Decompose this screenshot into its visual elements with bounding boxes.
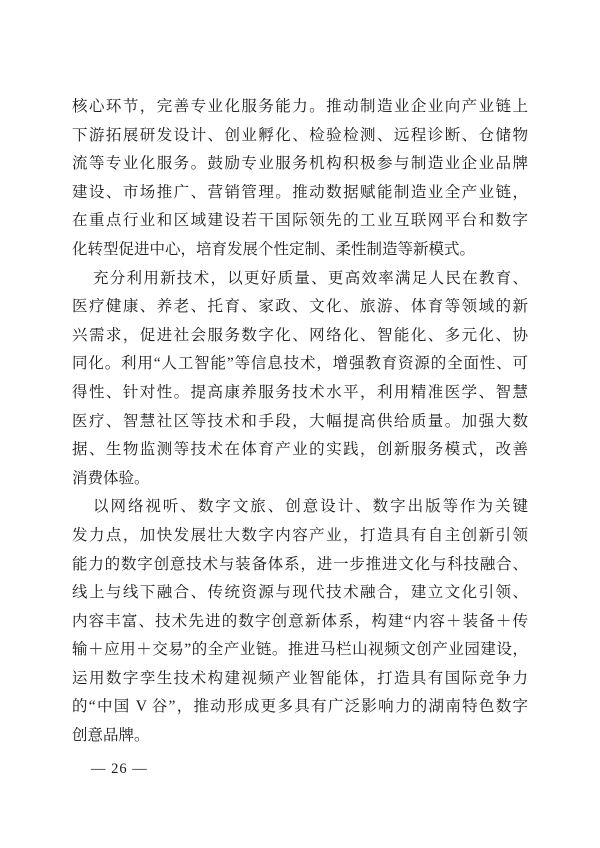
text-line: 化转型促进中心，培育发展个性定制、柔性制造等新模式。 bbox=[72, 236, 528, 265]
document-page: 核心环节，完善专业化服务能力。推动制造业企业向产业链上下游拓展研发设计、创业孵化… bbox=[0, 0, 600, 848]
text-line: 线上与线下融合、传统资源与现代技术融合，建立文化引领、 bbox=[72, 579, 528, 608]
text-line: 发力点，加快发展壮大数字内容产业，打造具有自主创新引领 bbox=[72, 522, 528, 551]
text-line: 流等专业化服务。鼓励专业服务机构积极参与制造业企业品牌 bbox=[72, 150, 528, 179]
text-line: 据、生物监测等技术在体育产业的实践，创新服务模式，改善 bbox=[72, 436, 528, 465]
document-body: 核心环节，完善专业化服务能力。推动制造业企业向产业链上下游拓展研发设计、创业孵化… bbox=[72, 93, 528, 751]
text-line: 医疗健康、养老、托育、家政、文化、旅游、体育等领域的新 bbox=[72, 293, 528, 322]
text-line: 以网络视听、数字文旅、创意设计、数字出版等作为关键 bbox=[72, 493, 528, 522]
text-line: 充分利用新技术，以更好质量、更高效率满足人民在教育、 bbox=[72, 265, 528, 294]
text-line: 兴需求，促进社会服务数字化、网络化、智能化、多元化、协 bbox=[72, 322, 528, 351]
text-line: 核心环节，完善专业化服务能力。推动制造业企业向产业链上 bbox=[72, 93, 528, 122]
text-line: 同化。利用“人工智能”等信息技术，增强教育资源的全面性、可 bbox=[72, 350, 528, 379]
text-line: 的“中国 V 谷”，推动形成更多具有广泛影响力的湖南特色数字 bbox=[72, 693, 528, 722]
text-line: 医疗、智慧社区等技术和手段，大幅提高供给质量。加强大数 bbox=[72, 408, 528, 437]
text-line: 消费体验。 bbox=[72, 465, 528, 494]
page-number: — 26 — bbox=[91, 761, 148, 778]
text-line: 在重点行业和区域建设若干国际领先的工业互联网平台和数字 bbox=[72, 207, 528, 236]
text-line: 创意品牌。 bbox=[72, 722, 528, 751]
text-line: 得性、针对性。提高康养服务技术水平，利用精准医学、智慧 bbox=[72, 379, 528, 408]
text-line: 运用数字孪生技术构建视频产业智能体，打造具有国际竞争力 bbox=[72, 665, 528, 694]
text-line: 建设、市场推广、营销管理。推动数据赋能制造业全产业链， bbox=[72, 179, 528, 208]
text-line: 下游拓展研发设计、创业孵化、检验检测、远程诊断、仓储物 bbox=[72, 122, 528, 151]
text-line: 能力的数字创意技术与装备体系，进一步推进文化与科技融合、 bbox=[72, 551, 528, 580]
text-line: 输＋应用＋交易”的全产业链。推进马栏山视频文创产业园建设， bbox=[72, 636, 528, 665]
text-line: 内容丰富、技术先进的数字创意新体系，构建“内容＋装备＋传 bbox=[72, 608, 528, 637]
